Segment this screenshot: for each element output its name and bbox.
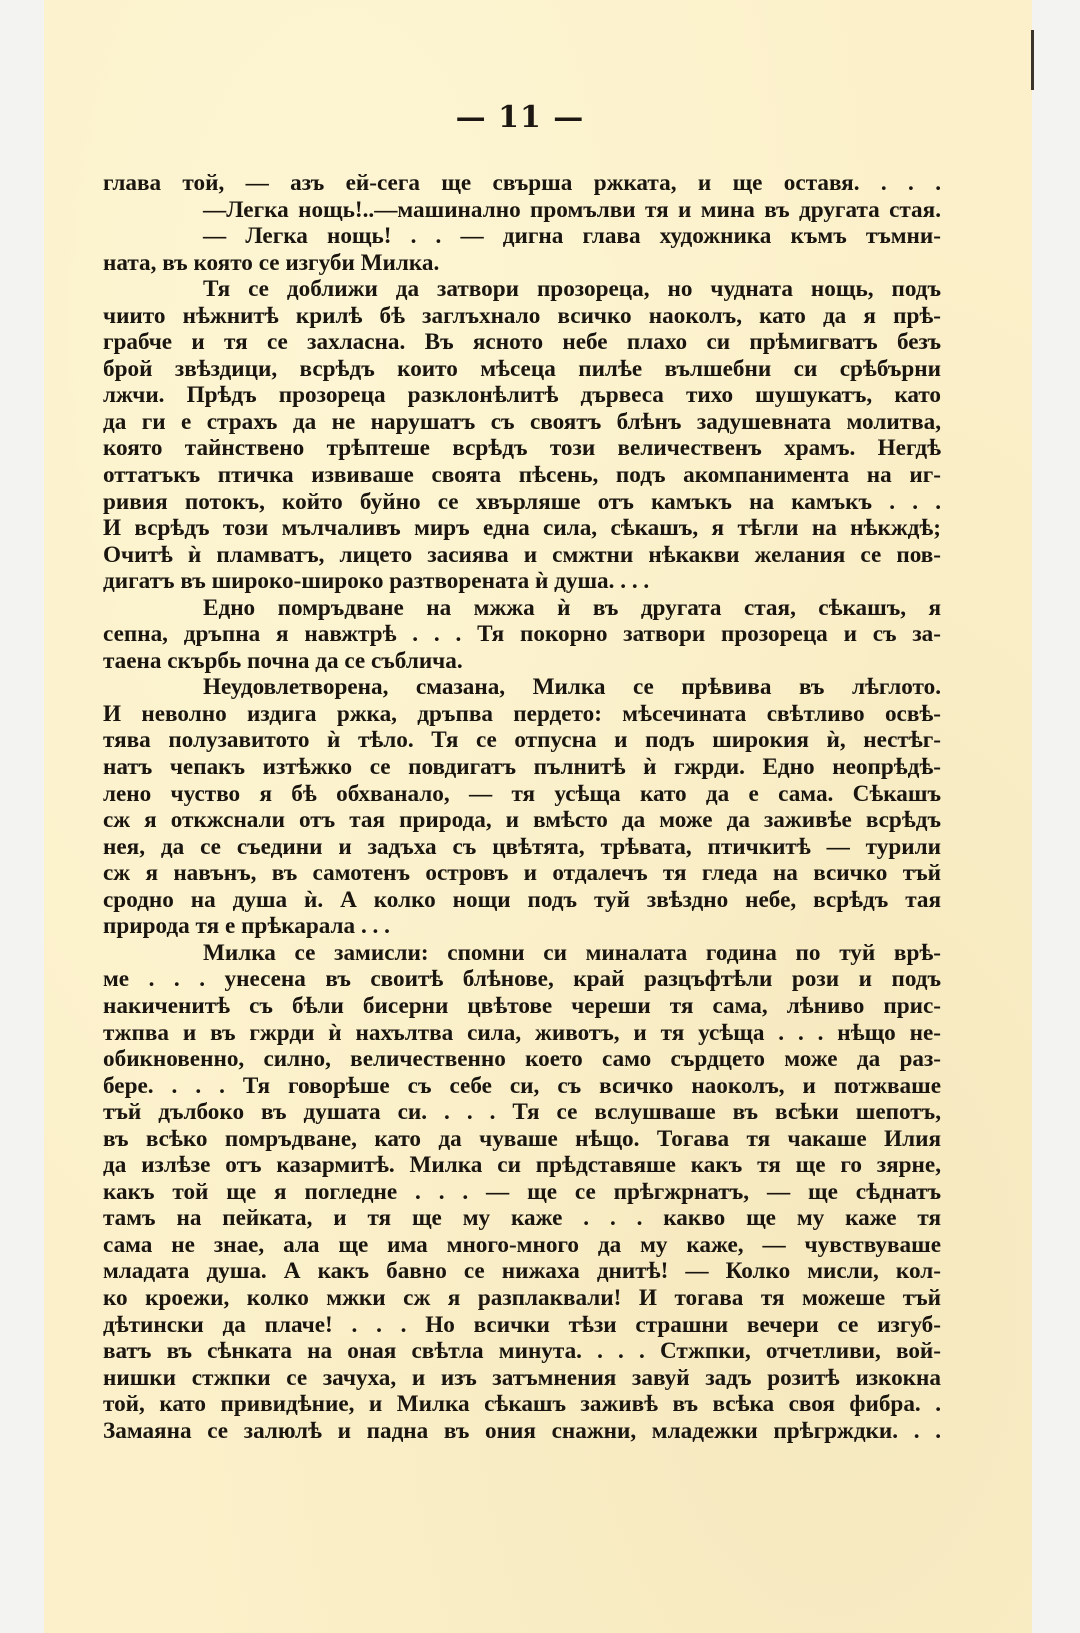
text-line: тжпва и въ гжрди ѝ нахълтва сила, животъ…	[103, 1020, 941, 1047]
text-line: дигатъ въ широко-широко разтворената ѝ д…	[103, 568, 941, 595]
text-line: таена скърбь почна да се съблича.	[103, 648, 941, 675]
page-number: — 11 —	[0, 100, 1040, 135]
page-body-text: глава той, — азъ ей-сега ще свърша ржкат…	[103, 170, 941, 1444]
text-line: младата душа. А какъ бавно се нижаха дни…	[103, 1258, 941, 1285]
text-line: ко кроежи, колко мжки сж я разплаквали! …	[103, 1285, 941, 1312]
text-line: дѣтински да плаче! . . . Но всички тѣзи …	[103, 1312, 941, 1339]
text-line: въ всѣко помръдване, като да чуваше нѣщо…	[103, 1126, 941, 1153]
page-edge-shadow	[1031, 30, 1034, 90]
text-line: — Легка нощь! . . — дигна глава художник…	[103, 223, 941, 250]
text-line: И неволно издига ржка, дръпва пердето: м…	[103, 701, 941, 728]
text-line: тъй дълбоко въ душата си. . . . Тя се вс…	[103, 1099, 941, 1126]
text-line: лено чуство я бѣ обхванало, — тя усѣща к…	[103, 781, 941, 808]
text-line: чиито нѣжнитѣ крилѣ бѣ заглъхнало всичко…	[103, 303, 941, 330]
text-line: ватъ въ сѣнката на оная свѣтла минута. .…	[103, 1338, 941, 1365]
text-line: нея, да се съедини и задъха съ цвѣтята, …	[103, 834, 941, 861]
text-line: Замаяна се залюлѣ и падна въ ония снажни…	[103, 1418, 941, 1445]
text-line: натъ чепакъ изтѣжко се повдигатъ пълнитѣ…	[103, 754, 941, 781]
text-line: бере. . . . Тя говорѣше съ себе си, съ в…	[103, 1073, 941, 1100]
text-line: ме . . . унесена въ своитѣ блѣнове, край…	[103, 966, 941, 993]
text-line: грабче и тя се захласна. Въ ясното небе …	[103, 329, 941, 356]
text-line: сама не знае, ала ще има много-много да …	[103, 1232, 941, 1259]
text-line: сж я откжснали отъ тая природа, и вмѣсто…	[103, 807, 941, 834]
text-line: брой звѣздици, всрѣдъ които мѣсеца пилѣе…	[103, 356, 941, 383]
text-line: която тайнствено трѣптеше всрѣдъ този ве…	[103, 435, 941, 462]
text-line: —Легка нощь!..—машинално промълви тя и м…	[103, 197, 941, 224]
text-line: той, като привидѣние, и Милка сѣкашъ заж…	[103, 1391, 941, 1418]
text-line: оттатъкъ птичка извиваше своята пѣсень, …	[103, 462, 941, 489]
text-line: природа тя е прѣкарала . . .	[103, 913, 941, 940]
text-line: накиченитѣ съ бѣли бисерни цвѣтове череш…	[103, 993, 941, 1020]
text-line: Тя се доближи да затвори прозореца, но ч…	[103, 276, 941, 303]
text-line: И всрѣдъ този мълчаливъ миръ една сила, …	[103, 515, 941, 542]
text-line: ривия потокъ, който буйно се хвърляше от…	[103, 489, 941, 516]
text-line: глава той, — азъ ей-сега ще свърша ржкат…	[103, 170, 941, 197]
text-line: тява полузавитото ѝ тѣло. Тя се отпусна …	[103, 727, 941, 754]
text-line: Милка се замисли: спомни си миналата год…	[103, 940, 941, 967]
text-line: тамъ на пейката, и тя ще му каже . . . к…	[103, 1205, 941, 1232]
text-line: нишки стжпки се зачуха, и изъ затъмнения…	[103, 1365, 941, 1392]
text-line: Неудовлетворена, смазана, Милка се прѣви…	[103, 674, 941, 701]
text-line: ната, въ която се изгуби Милка.	[103, 250, 941, 277]
text-line: сж я навънъ, въ самотенъ островъ и отдал…	[103, 860, 941, 887]
text-line: да ги е страхъ да не нарушатъ съ своятъ …	[103, 409, 941, 436]
text-line: Едно помръдване на мжжа ѝ въ другата ста…	[103, 595, 941, 622]
text-line: обикновенно, силно, величественно което …	[103, 1046, 941, 1073]
text-line: сепна, дръпна я навжтрѣ . . . Тя покорно…	[103, 621, 941, 648]
text-line: какъ той ще я погледне . . . — ще се прѣ…	[103, 1179, 941, 1206]
text-line: лжчи. Прѣдъ прозореца разклонѣлитѣ дърве…	[103, 382, 941, 409]
text-line: сродно на душа ѝ. А колко нощи подъ туй …	[103, 887, 941, 914]
text-line: Очитѣ ѝ пламватъ, лицето засиява и смжтн…	[103, 542, 941, 569]
text-line: да излѣзе отъ казармитѣ. Милка си прѣдст…	[103, 1152, 941, 1179]
